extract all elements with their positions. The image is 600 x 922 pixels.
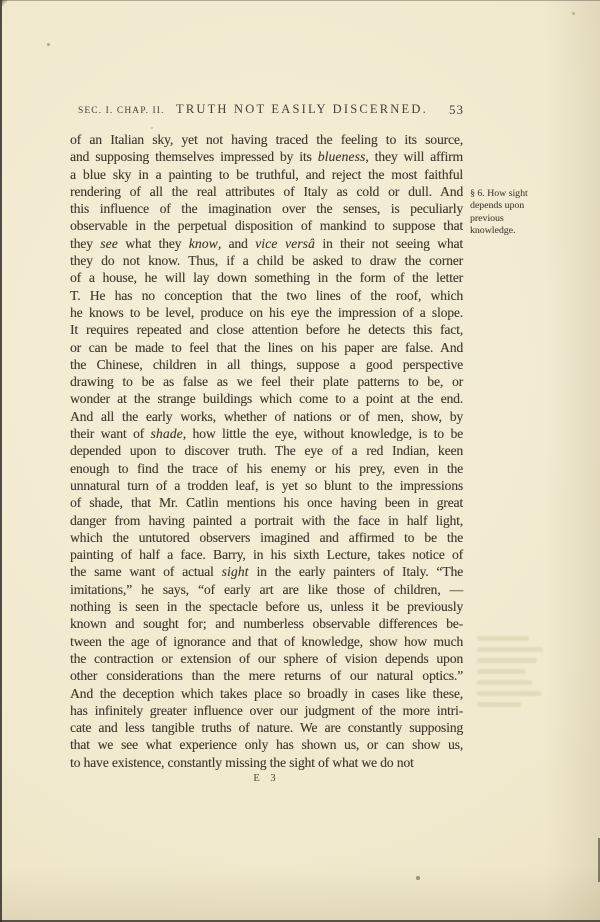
body-text-line: T. He has no conception that the two lin…: [70, 287, 463, 304]
body-text-line: to have existence, constantly missing th…: [70, 754, 463, 771]
body-text-line: And the deception which takes place so b…: [70, 685, 463, 702]
showthrough-line: [477, 658, 537, 663]
body-text-line: observable in the perpetual disposition …: [70, 217, 463, 234]
body-text-line: painting of half a face. Barry, in his s…: [70, 546, 463, 563]
body-text-line: danger from having painted a portrait wi…: [70, 512, 463, 529]
signature-mark: E 3: [70, 773, 463, 784]
foxing-speck: [151, 127, 153, 129]
foxing-speck: [47, 43, 50, 46]
showthrough-line: [477, 680, 532, 685]
body-text-line: the Chinese, children in all things, sup…: [70, 356, 463, 373]
body-text-line: imitations,” he says, “of early art are …: [70, 581, 463, 598]
body-text-line: of an Italian sky, yet not having traced…: [70, 131, 463, 148]
body-text-line: of a house, he will lay down something i…: [70, 269, 463, 286]
body-text-line: or can be made to feel that the lines on…: [70, 339, 463, 356]
showthrough-line: [477, 636, 529, 641]
body-text-line: the same want of actual sight in the ear…: [70, 563, 463, 580]
body-text-line: and supposing themselves impressed by it…: [70, 148, 463, 165]
showthrough-line: [477, 669, 525, 674]
scan-edge-top: [0, 0, 600, 1]
body-text-line: unnatural turn of a trodden leaf, is yet…: [70, 477, 463, 494]
body-text-line: cate and less tangible truths of nature.…: [70, 719, 463, 736]
body-text: of an Italian sky, yet not having traced…: [70, 131, 463, 771]
body-text-line: their want of shade, how little the eye,…: [70, 425, 463, 442]
page-number: 53: [449, 102, 464, 118]
running-title: TRUTH NOT EASILY DISCERNED.: [176, 102, 428, 117]
body-text-line: enough to find the trace of his enemy or…: [70, 460, 463, 477]
scan-edge-left: [0, 0, 2, 922]
body-text-line: It requires repeated and close attention…: [70, 321, 463, 338]
showthrough-line: [477, 691, 541, 696]
body-text-line: this influence of the imagination over t…: [70, 200, 463, 217]
body-text-line: has infinitely greater influence over ou…: [70, 702, 463, 719]
body-text-line: of shade, that Mr. Catlin mentions his o…: [70, 494, 463, 511]
foxing-speck: [416, 876, 420, 880]
body-text-line: he knows to be level, produce on his eye…: [70, 304, 463, 321]
body-text-line: they do not know. Thus, if a child be as…: [70, 252, 463, 269]
body-text-line: rendering of all the real attributes of …: [70, 183, 463, 200]
body-text-line: wonder at the strange buildings which co…: [70, 390, 463, 407]
body-text-line: which the untutored observers imagined a…: [70, 529, 463, 546]
body-text-line: depended upon to discover truth. The eye…: [70, 442, 463, 459]
margin-note-line: § 6. How sight: [470, 188, 556, 200]
running-head: SEC. I. CHAP. II. TRUTH NOT EASILY DISCE…: [0, 102, 600, 120]
scan-corner-mark: [0, 0, 7, 7]
margin-note-line: previous: [470, 213, 556, 225]
body-text-line: they see what they know, and vice versâ …: [70, 235, 463, 252]
body-text-line: that we see what experience only has sho…: [70, 736, 463, 753]
showthrough-line: [477, 647, 543, 652]
margin-note-line: depends upon: [470, 200, 556, 212]
body-text-line: nothing is seen in the spectacle before …: [70, 598, 463, 615]
body-text-line: a blue sky in a painting to be truthful,…: [70, 166, 463, 183]
book-page-scan: SEC. I. CHAP. II. TRUTH NOT EASILY DISCE…: [0, 0, 600, 922]
body-text-line: tween the age of ignorance and that of k…: [70, 633, 463, 650]
margin-note-line: knowledge.: [470, 225, 556, 237]
body-text-line: known and sought for; and numberless obs…: [70, 615, 463, 632]
body-text-line: other considerations than the mere retur…: [70, 667, 463, 684]
section-chapter-label: SEC. I. CHAP. II.: [78, 106, 165, 116]
body-text-line: drawing to be as false as we feel their …: [70, 373, 463, 390]
showthrough-line: [477, 702, 521, 707]
margin-note: § 6. How sightdepends uponpreviousknowle…: [470, 188, 556, 238]
showthrough-ghost-text: [477, 636, 547, 713]
body-text-line: the contraction or extension of our sphe…: [70, 650, 463, 667]
foxing-speck: [572, 12, 575, 15]
body-text-line: And all the early works, whether of nati…: [70, 408, 463, 425]
